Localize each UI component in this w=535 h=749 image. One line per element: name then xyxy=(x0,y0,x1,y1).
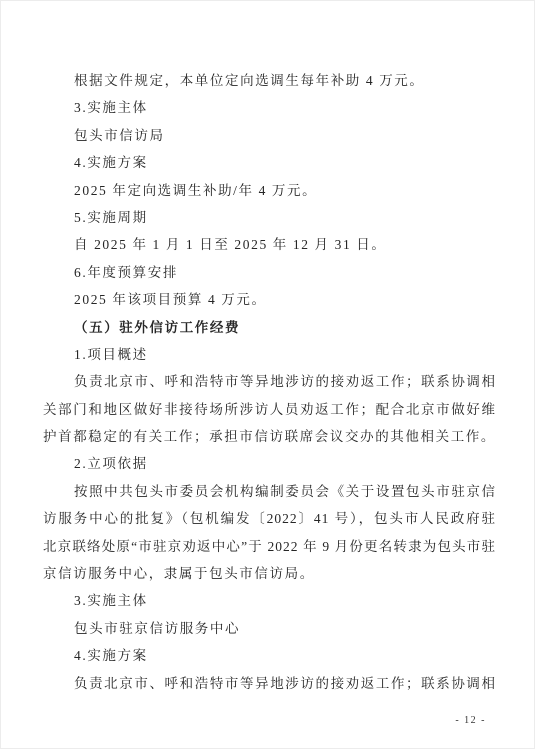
text-line: 5.实施周期 xyxy=(43,204,496,231)
text-line: 包头市驻京信访服务中心 xyxy=(43,615,496,642)
text-line: 自 2025 年 1 月 1 日至 2025 年 12 月 31 日。 xyxy=(43,231,496,258)
text-line: 京信访服务中心，隶属于包头市信访局。 xyxy=(43,560,496,587)
text-line: 护首都稳定的有关工作；承担市信访联席会议交办的其他相关工作。 xyxy=(43,423,496,450)
text-line: 3.实施主体 xyxy=(43,587,496,614)
text-line: 负责北京市、呼和浩特市等异地涉访的接劝返工作；联系协调相 xyxy=(43,670,496,697)
page-number: - 12 - xyxy=(455,715,486,726)
text-line: 根据文件规定，本单位定向选调生每年补助 4 万元。 xyxy=(43,67,496,94)
text-line: 北京联络处原“市驻京劝返中心”于 2022 年 9 月份更名转隶为包头市驻 xyxy=(43,533,496,560)
document-body: 根据文件规定，本单位定向选调生每年补助 4 万元。3.实施主体包头市信访局4.实… xyxy=(43,67,496,697)
text-line: 4.实施方案 xyxy=(43,149,496,176)
text-line: 访服务中心的批复》（包机编发〔2022〕41 号），包头市人民政府驻 xyxy=(43,505,496,532)
text-line: 包头市信访局 xyxy=(43,122,496,149)
document-page: 根据文件规定，本单位定向选调生每年补助 4 万元。3.实施主体包头市信访局4.实… xyxy=(0,0,535,749)
text-line: 关部门和地区做好非接待场所涉访人员劝返工作；配合北京市做好维 xyxy=(43,396,496,423)
text-line: 2025 年该项目预算 4 万元。 xyxy=(43,286,496,313)
text-line: 2025 年定向选调生补助/年 4 万元。 xyxy=(43,177,496,204)
text-line: 2.立项依据 xyxy=(43,450,496,477)
text-line: 按照中共包头市委员会机构编制委员会《关于设置包头市驻京信 xyxy=(43,478,496,505)
text-line: 6.年度预算安排 xyxy=(43,259,496,286)
text-line: 负责北京市、呼和浩特市等异地涉访的接劝返工作；联系协调相 xyxy=(43,368,496,395)
text-line: 4.实施方案 xyxy=(43,642,496,669)
text-line: （五）驻外信访工作经费 xyxy=(43,314,496,341)
text-line: 1.项目概述 xyxy=(43,341,496,368)
text-line: 3.实施主体 xyxy=(43,94,496,121)
